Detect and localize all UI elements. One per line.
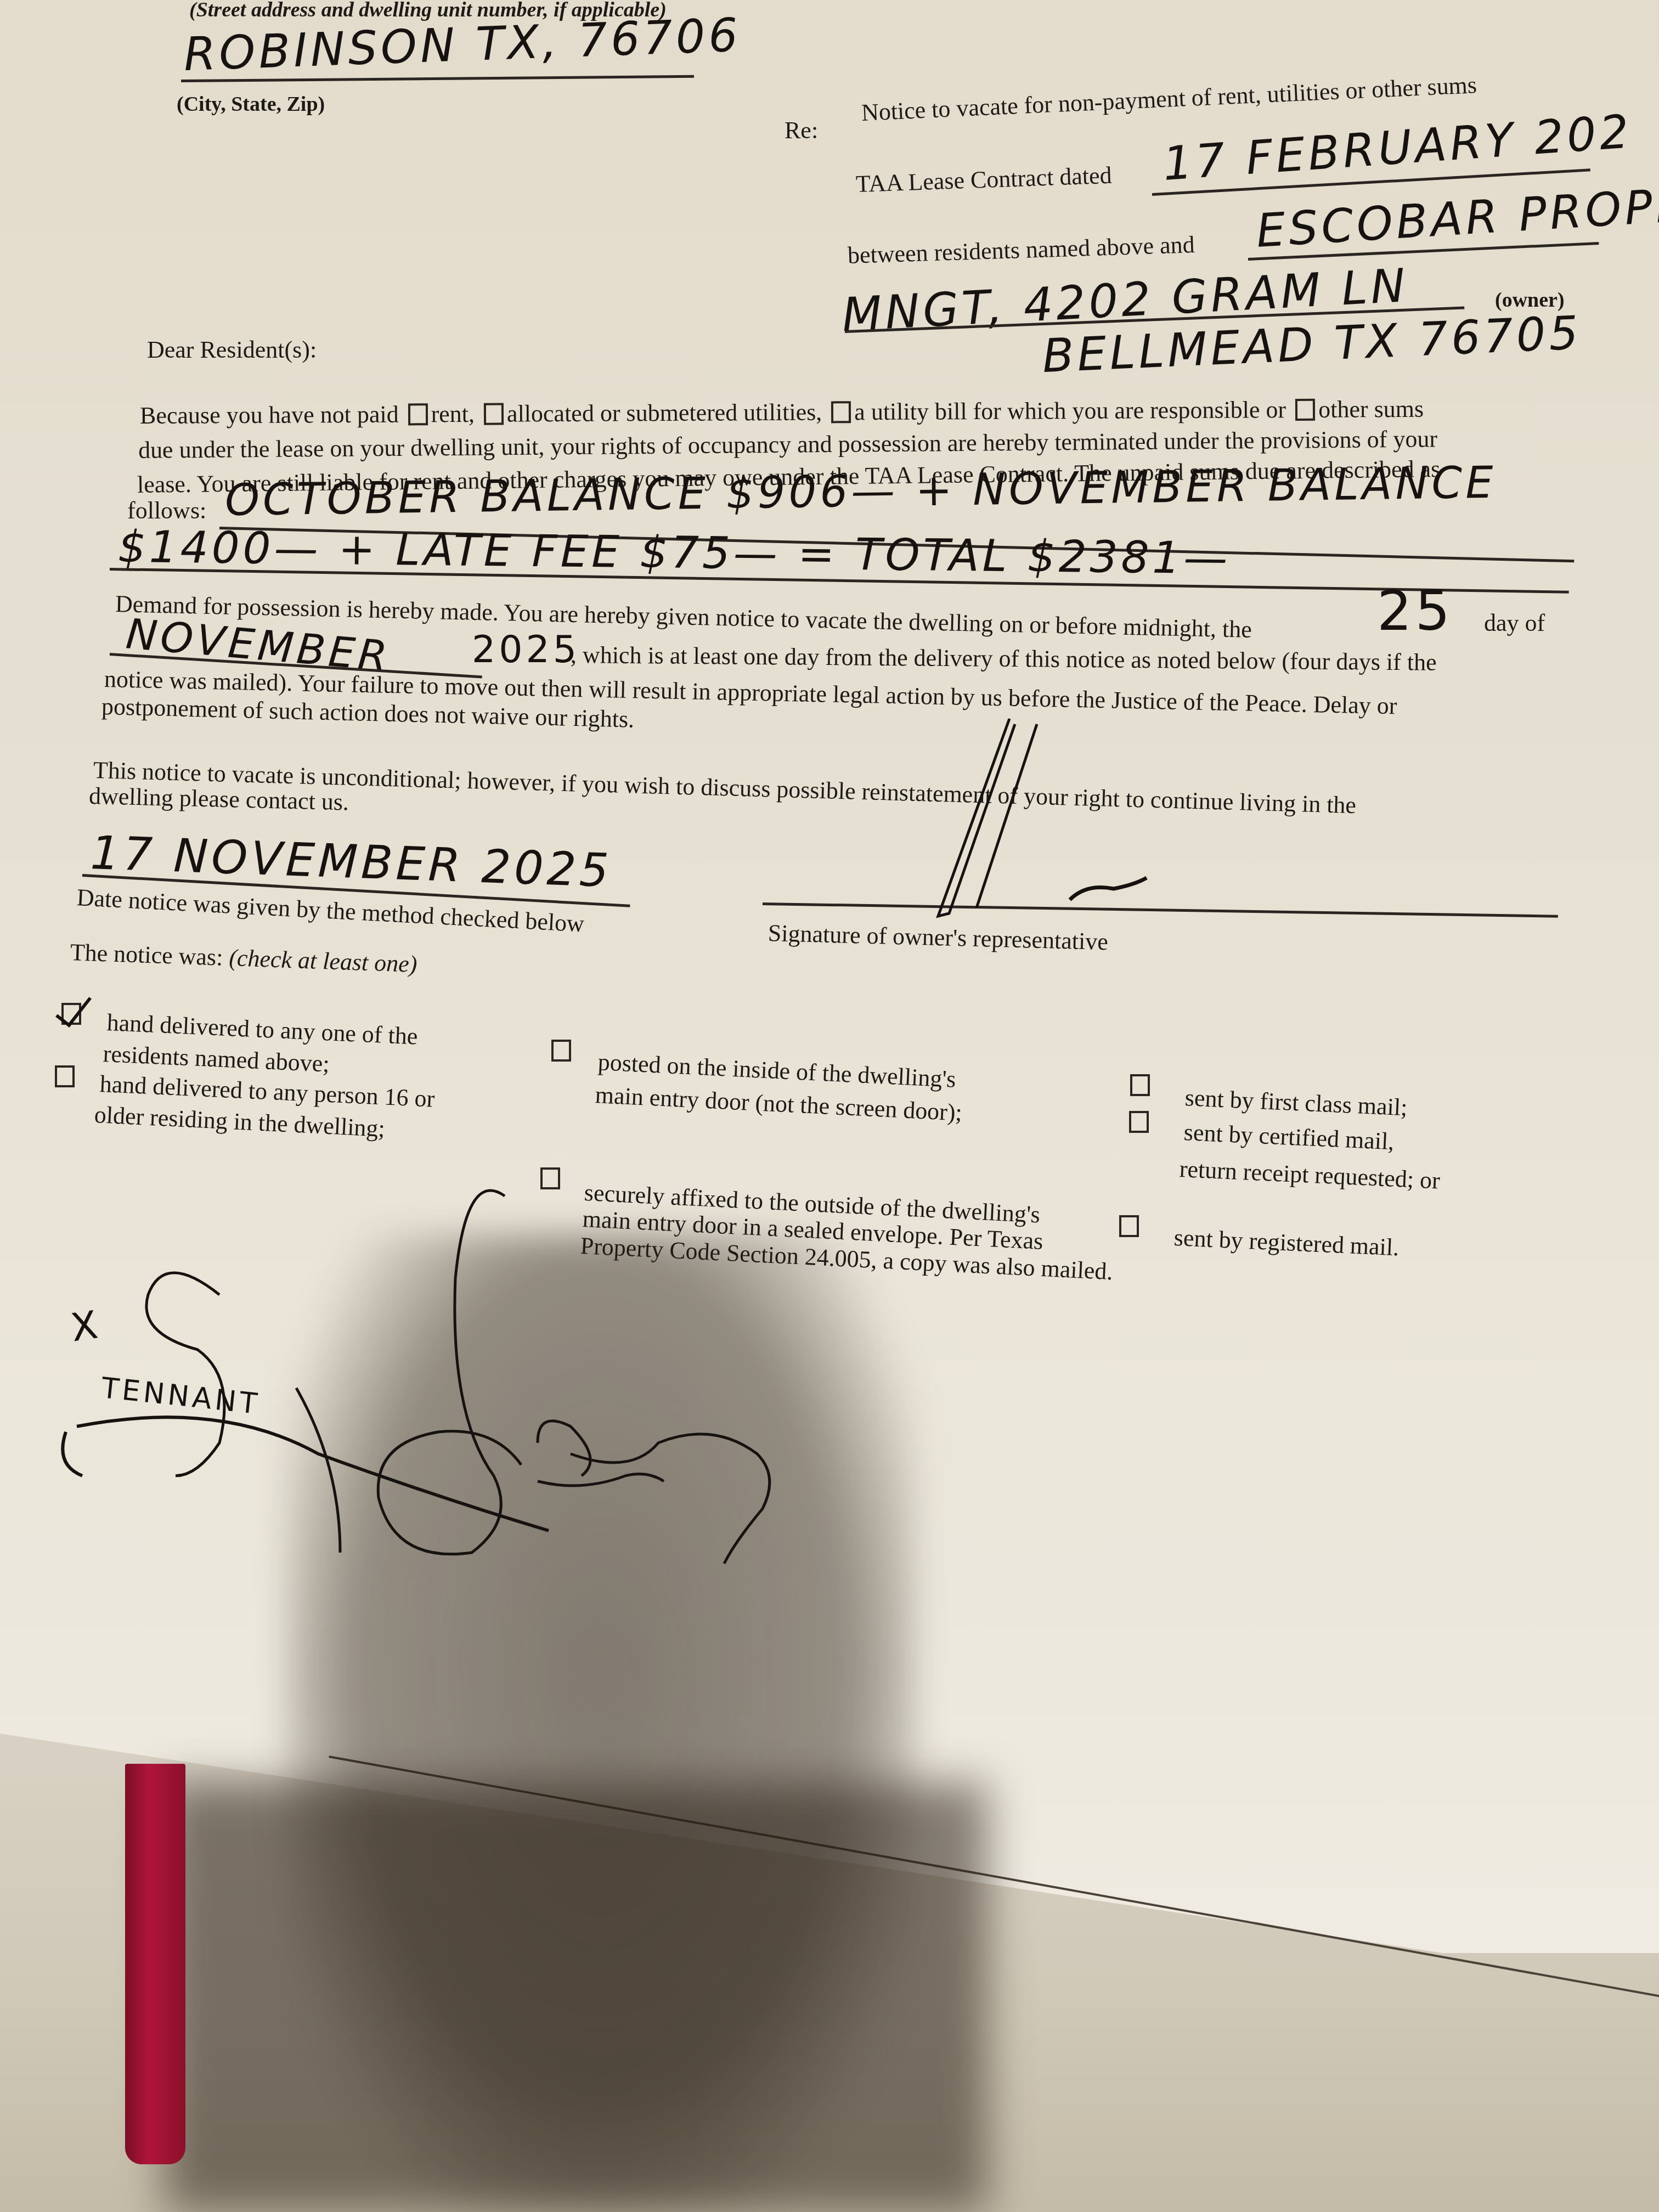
posted-inside-checkbox[interactable] (551, 1040, 571, 1062)
delivery-heading-text: The notice was: (70, 939, 223, 971)
vacate-day-value[interactable]: 25 (1377, 579, 1453, 643)
because-text: Because you have not paid (140, 401, 399, 429)
other-sums-checkbox[interactable] (1295, 399, 1315, 421)
first-class-mail-checkbox[interactable] (1130, 1074, 1150, 1096)
owner-signature[interactable] (905, 713, 1234, 933)
tenant-signature[interactable] (55, 1169, 823, 1553)
rent-label: rent, (431, 400, 475, 427)
city-state-zip-label: (City, State, Zip) (177, 92, 325, 116)
other-sums-label: other sums (1318, 396, 1424, 423)
certified-mail-checkbox[interactable] (1129, 1111, 1149, 1133)
re-label: Re: (785, 116, 818, 144)
utility-bill-checkbox[interactable] (831, 401, 851, 423)
registered-mail-checkbox[interactable] (1119, 1215, 1139, 1237)
salutation: Dear Resident(s): (147, 336, 317, 364)
hand-delivered-16-checkbox[interactable] (55, 1065, 75, 1087)
utilities-label: allocated or submetered utilities, (507, 398, 822, 427)
follows-label: follows: (127, 496, 206, 524)
red-ribbon (125, 1764, 185, 2164)
rent-checkbox[interactable] (408, 403, 428, 425)
utility-bill-label: a utility bill for which you are respons… (854, 396, 1286, 425)
delivery-heading-note: (check at least one) (229, 944, 418, 978)
vacate-year-value[interactable]: 2025 (472, 628, 580, 672)
utilities-checkbox[interactable] (484, 403, 504, 425)
hand-delivered-resident-checkbox[interactable] (61, 1003, 81, 1025)
day-of-label: day of (1484, 609, 1545, 637)
